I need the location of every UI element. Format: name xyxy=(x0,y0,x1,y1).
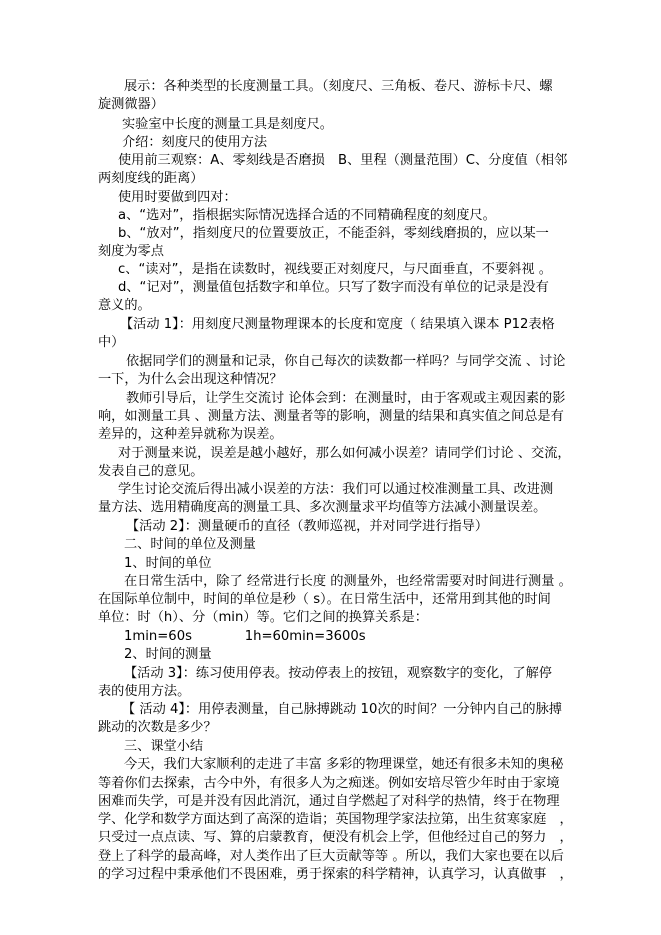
text-line: 展示：各种类型的长度测量工具。（刻度尺、三角板、卷尺、游标卡尺、螺 xyxy=(124,78,553,95)
text-line: 刻度为零点 xyxy=(98,243,164,260)
text-line: 意义的。 xyxy=(98,297,151,314)
text-line: 学生讨论交流后得出减小误差的方法：我们可以通过校准测量工具、改进测 xyxy=(118,481,553,498)
text-line: 【活动 2】：测量硬币的直径（教师巡视，并对同学进行指导） xyxy=(126,518,488,535)
text-line: 困难而失学，可是并没有因此消沉，通过自学燃起了对科学的热情，终于在物理 xyxy=(98,793,560,810)
text-line: 跳动的次数是多少？ xyxy=(98,719,217,736)
text-line: 依据同学们的测量和记录，你自己每次的读数都一样吗？与同学交流 、讨论 xyxy=(126,353,565,370)
text-line: 的学习过程中秉承他们不畏困难，勇于探索的科学精神，认真学习，认真做事 ， xyxy=(98,866,573,883)
text-line: 对于测量来说，误差是越小越好，那么如何减小误差？请同学们讨论 、交流， xyxy=(118,445,571,462)
text-line: 等着你们去探索，古今中外，有很多人为之痴迷。例如安培尽管少年时由于家境 xyxy=(98,775,560,792)
text-line: 发表自己的意见。 xyxy=(98,463,204,480)
text-line: 1min=60s 1h=60min=3600s xyxy=(124,628,366,645)
text-line: 二、时间的单位及测量 xyxy=(124,536,256,553)
text-line: 在日常生活中，除了 经常进行长度 的测量外，也经常需要对时间进行测量 。 xyxy=(124,573,572,590)
text-line: 两刻度线的距离） xyxy=(98,170,204,187)
text-line: 在国际单位制中，时间的单位是秒（ s）。在日常生活中，还常用到其他的时间 xyxy=(98,591,551,608)
text-line: 登上了科学的最高峰，对人类作出了巨大贡献等等 。所以，我们大家也要在以后 xyxy=(98,848,564,865)
text-line: 介绍：刻度尺的使用方法 xyxy=(122,134,267,151)
text-line: b、“放对”，指刻度尺的位置要放正，不能歪斜，零刻线磨损的，应以某一 xyxy=(118,225,549,242)
text-line: 【活动 1】：用刻度尺测量物理课本的长度和宽度（ 结果填入课本 P12表格 xyxy=(120,316,555,333)
text-line: d、“记对”，测量值包括数字和单位。只写了数字而没有单位的记录是没有 xyxy=(118,279,549,296)
text-line: 中） xyxy=(98,334,124,351)
text-line: c、“读对”，是指在读数时，视线要正对刻度尺，与尺面垂直，不要斜视 。 xyxy=(118,261,552,278)
text-line: 【 活动 4】：用停表测量，自己脉搏跳动 10次的时间？一分钟内自己的脉搏 xyxy=(122,701,562,718)
text-line: 只受过一点点读、写、算的启蒙教育，便没有机会上学，但他经过自己的努力 ， xyxy=(98,829,573,846)
text-line: 今天，我们大家顺利的走进了丰富 多彩的物理课堂，她还有很多未知的奥秘 xyxy=(124,756,563,773)
text-line: 1、时间的单位 xyxy=(124,555,212,572)
text-line: 量方法、选用精确度高的测量工具、多次测量求平均值等方法减小测量误差。 xyxy=(98,499,546,516)
text-line: 教师引导后，让学生交流讨 论体会到：在测量时，由于客观或主观因素的影 xyxy=(126,390,565,407)
text-line: 单位：时（h）、分（min）等。它们之间的换算关系是： xyxy=(98,609,428,626)
text-line: 使用前三观察：A、零刻线是否磨损 B、里程（测量范围）C、分度值（相邻 xyxy=(118,152,567,169)
text-line: 三、课堂小结 xyxy=(124,738,203,755)
text-line: 表的使用方法。 xyxy=(98,683,190,700)
text-line: 2、时间的测量 xyxy=(124,646,212,663)
text-line: 差异的，这种差异就称为误差。 xyxy=(98,426,283,443)
text-line: 实验室中长度的测量工具是刻度尺。 xyxy=(122,116,333,133)
text-line: 一下，为什么会出现这种情况？ xyxy=(98,371,283,388)
text-line: 【活动 3】：练习使用停表。按动停表上的按钮，观察数字的变化，了解停 xyxy=(124,665,552,682)
text-line: 响，如测量工具 、测量方法、测量者等的影响，测量的结果和真实值之间总是有 xyxy=(98,408,564,425)
text-line: a、“选对”，指根据实际情况选择合适的不同精确程度的刻度尺。 xyxy=(118,207,496,224)
text-line: 使用时要做到四对： xyxy=(118,189,237,206)
text-line: 旋测微器） xyxy=(98,96,164,113)
text-line: 学、化学和数学方面达到了高深的造诣；英国物理学家法拉第，出生贫寒家庭 ， xyxy=(98,811,573,828)
